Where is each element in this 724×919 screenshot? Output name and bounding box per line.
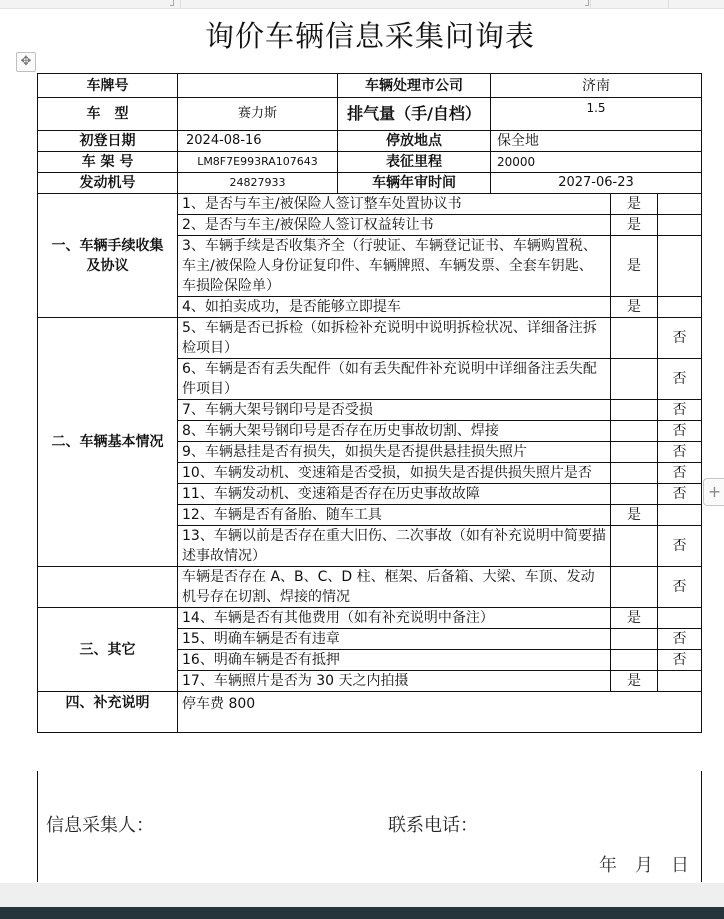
answer-no-12[interactable]	[658, 505, 702, 526]
question-11: 11、车辆发动机、变速箱是否存在历史事故故障	[178, 484, 611, 505]
answer-yes-11[interactable]	[611, 484, 658, 505]
mileage-label: 表征里程	[338, 152, 491, 173]
page-gap	[0, 883, 724, 907]
answer-no-9[interactable]: 否	[658, 442, 702, 463]
ruler-indent-marker[interactable]	[170, 0, 174, 6]
question-2: 2、是否与车主/被保险人签订权益转让书	[178, 215, 611, 236]
table-move-handle-icon[interactable]: ✥	[16, 52, 36, 72]
section-4-label: 四、补充说明	[38, 692, 178, 733]
answer-yes-4[interactable]: 是	[611, 297, 658, 318]
location-value[interactable]: 保全地	[491, 131, 702, 152]
engine-label: 发动机号	[38, 173, 178, 194]
answer-no-14[interactable]	[658, 608, 702, 629]
answer-yes-3[interactable]: 是	[611, 236, 658, 297]
inquiry-table: 车牌号 车辆处理市公司 济南 车 型 赛力斯 排气量（手/自档） 1.5 初登日…	[37, 73, 702, 733]
answer-no-5[interactable]: 否	[658, 318, 702, 359]
vin-label: 车 架 号	[38, 152, 178, 173]
section-2-label: 二、车辆基本情况	[38, 318, 178, 567]
answer-yes-16[interactable]	[611, 650, 658, 671]
answer-yes-13[interactable]	[611, 526, 658, 567]
taskbar	[0, 907, 724, 919]
collector-label: 信息采集人：	[46, 811, 154, 837]
section-2-continued	[38, 567, 178, 608]
answer-no-11[interactable]: 否	[658, 484, 702, 505]
location-label: 停放地点	[338, 131, 491, 152]
supplement-text[interactable]: 停车费 800	[178, 692, 702, 733]
question-15: 15、明确车辆是否有违章	[178, 629, 611, 650]
ruler-divider	[668, 0, 669, 8]
ruler-indent-marker[interactable]	[585, 0, 589, 6]
question-5: 5、车辆是否已拆检（如拆检补充说明中说明拆检状况、详细备注拆检项目）	[178, 318, 611, 359]
question-14: 14、车辆是否有其他费用（如有补充说明中备注）	[178, 608, 611, 629]
document-title: 询价车辆信息采集问询表	[0, 14, 724, 55]
question-8: 8、车辆大架号钢印号是否存在历史事故切割、焊接	[178, 421, 611, 442]
displacement-value[interactable]: 1.5	[491, 98, 702, 131]
question-16: 16、明确车辆是否有抵押	[178, 650, 611, 671]
answer-no-pillars[interactable]: 否	[658, 567, 702, 608]
plate-label: 车牌号	[38, 74, 178, 98]
question-7: 7、车辆大架号钢印号是否受损	[178, 400, 611, 421]
model-label: 车 型	[38, 98, 178, 131]
inspection-label: 车辆年审时间	[338, 173, 491, 194]
question-12: 12、车辆是否有备胎、随车工具	[178, 505, 611, 526]
reg-date-value[interactable]: 2024-08-16	[178, 131, 338, 152]
answer-no-3[interactable]	[658, 236, 702, 297]
company-label: 车辆处理市公司	[338, 74, 491, 98]
ruler-divider	[180, 0, 181, 8]
plate-value[interactable]	[178, 74, 338, 98]
answer-yes-6[interactable]	[611, 359, 658, 400]
answer-no-4[interactable]	[658, 297, 702, 318]
section-1-label: 一、车辆手续收集及协议	[38, 194, 178, 318]
displacement-label: 排气量（手/自档）	[338, 98, 491, 131]
company-value[interactable]: 济南	[491, 74, 702, 98]
answer-yes-8[interactable]	[611, 421, 658, 442]
answer-no-8[interactable]: 否	[658, 421, 702, 442]
answer-yes-15[interactable]	[611, 629, 658, 650]
vin-value[interactable]: LM8F7E993RA107643	[178, 152, 338, 173]
answer-yes-12[interactable]: 是	[611, 505, 658, 526]
answer-yes-14[interactable]: 是	[611, 608, 658, 629]
answer-yes-7[interactable]	[611, 400, 658, 421]
question-3: 3、车辆手续是否收集齐全（行驶证、车辆登记证书、车辆购置税、车主/被保险人身份证…	[178, 236, 611, 297]
answer-yes-17[interactable]: 是	[611, 671, 658, 692]
answer-no-16[interactable]: 否	[658, 650, 702, 671]
answer-no-10[interactable]: 否	[658, 463, 702, 484]
inspection-value[interactable]: 2027-06-23	[491, 173, 702, 194]
ruler-divider	[590, 0, 591, 8]
answer-yes-2[interactable]: 是	[611, 215, 658, 236]
answer-no-17[interactable]	[658, 671, 702, 692]
question-9: 9、车辆悬挂是否有损失，如损失是否提供悬挂损失照片	[178, 442, 611, 463]
phone-label: 联系电话：	[388, 811, 478, 837]
question-10: 10、车辆发动机、变速箱是否受损，如损失是否提供损失照片是否	[178, 463, 611, 484]
answer-yes-1[interactable]: 是	[611, 194, 658, 215]
model-value[interactable]: 赛力斯	[178, 98, 338, 131]
reg-date-label: 初登日期	[38, 131, 178, 152]
question-pillars: 车辆是否存在 A、B、C、D 柱、框架、后备箱、大梁、车顶、发动机号存在切割、焊…	[178, 567, 611, 608]
answer-no-7[interactable]: 否	[658, 400, 702, 421]
engine-value[interactable]: 24827933	[178, 173, 338, 194]
top-ruler	[0, 0, 724, 9]
signature-area: 信息采集人： 联系电话： 年 月 日	[37, 771, 702, 882]
answer-yes-pillars[interactable]	[611, 567, 658, 608]
question-1: 1、是否与车主/被保险人签订整车处置协议书	[178, 194, 611, 215]
answer-no-6[interactable]: 否	[658, 359, 702, 400]
mileage-value[interactable]: 20000	[491, 152, 702, 173]
add-column-plus-icon[interactable]: +	[703, 478, 724, 506]
date-label: 年 月 日	[599, 851, 689, 877]
answer-yes-5[interactable]	[611, 318, 658, 359]
answer-yes-10[interactable]	[611, 463, 658, 484]
question-4: 4、如拍卖成功，是否能够立即提车	[178, 297, 611, 318]
question-17: 17、车辆照片是否为 30 天之内拍摄	[178, 671, 611, 692]
answer-no-13[interactable]: 否	[658, 526, 702, 567]
section-3-label: 三、其它	[38, 608, 178, 692]
answer-no-2[interactable]	[658, 215, 702, 236]
answer-no-15[interactable]: 否	[658, 629, 702, 650]
answer-no-1[interactable]	[658, 194, 702, 215]
question-13: 13、车辆以前是否存在重大旧伤、二次事故（如有补充说明中简要描述事故情况）	[178, 526, 611, 567]
question-6: 6、车辆是否有丢失配件（如有丢失配件补充说明中详细备注丢失配件项目）	[178, 359, 611, 400]
answer-yes-9[interactable]	[611, 442, 658, 463]
